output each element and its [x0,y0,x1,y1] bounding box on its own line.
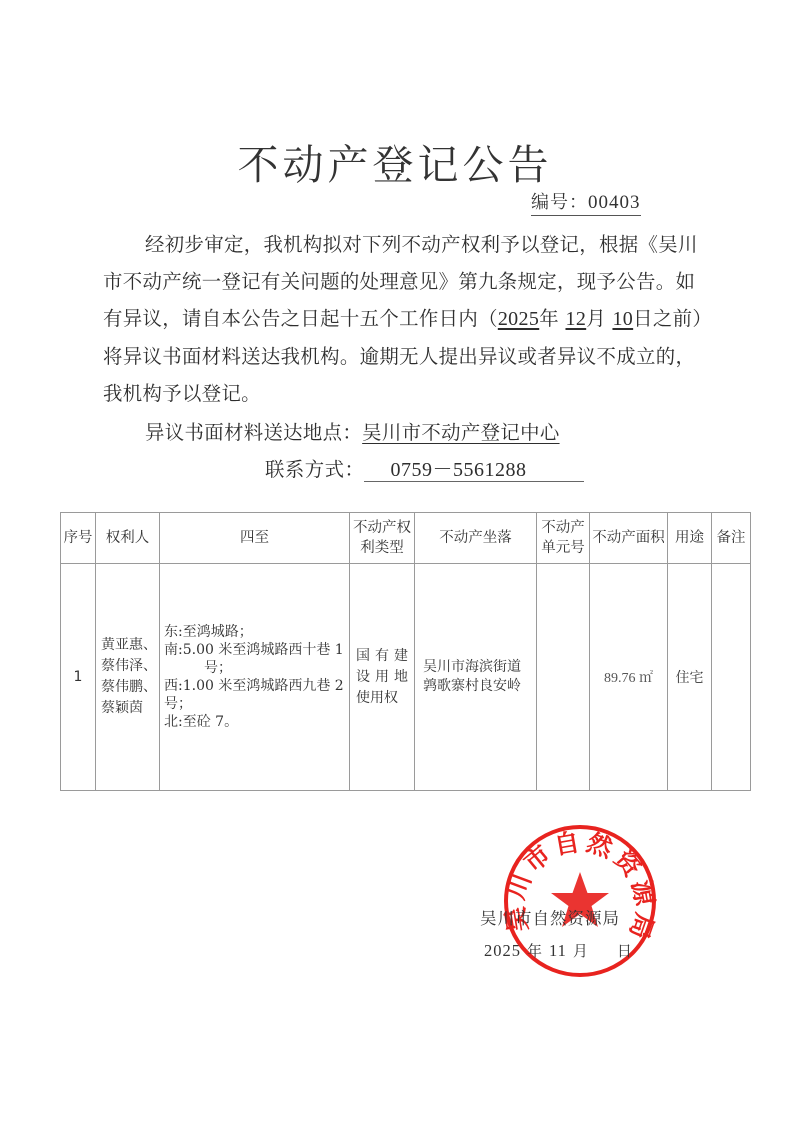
document-number: 编号：00403 [531,188,641,216]
boundary-west: 西:1.00 米至鸿城路西九巷 2 [164,677,349,695]
contact-info: 联系方式：0759－5561288 [265,454,584,482]
header-right-type-line-1: 不动产权 [350,518,414,538]
header-unit-no: 不动产单元号 [537,513,590,564]
cell-unit-no [537,564,590,791]
page-title: 不动产登记公告 [0,132,790,191]
table-row: 1 黄亚惠、 蔡伟泽、 蔡伟鹏、 蔡颖茵 东:至鸿城路； 南:5.00 米至鸿城… [61,564,751,791]
owner-3: 蔡伟鹏、 [101,677,159,698]
cell-boundaries: 东:至鸿城路； 南:5.00 米至鸿城路西十巷 1 号； 西:1.00 米至鸿城… [160,564,350,791]
header-right-type-line-2: 利类型 [350,538,414,558]
header-location: 不动产坐落 [415,513,537,564]
issue-date: 2025年11月日 [484,940,639,961]
document-number-label: 编号： [531,192,588,213]
deadline-month: 12 [565,308,586,330]
location-line-2: 鹑歌寨村良安岭 [423,677,536,696]
contact-phone: 0759－5561288 [364,459,584,482]
cell-owners: 黄亚惠、 蔡伟泽、 蔡伟鹏、 蔡颖茵 [96,564,160,791]
issue-date-day-suffix: 日 [595,942,639,960]
cell-remarks [712,564,751,791]
header-unit-no-line-2: 单元号 [537,538,589,558]
header-use: 用途 [668,513,712,564]
owner-1: 黄亚惠、 [101,635,159,656]
body-line-4: 将异议书面材料送达我机构。逾期无人提出异议或者异议不成立的， [103,338,723,375]
cell-index: 1 [61,564,96,791]
objection-address-label: 异议书面材料送达地点： [145,421,362,444]
cell-area: 89.76 ㎡ [590,564,668,791]
objection-address-value: 吴川市不动产登记中心 [362,421,559,444]
boundary-south: 南:5.00 米至鸿城路西十巷 1 [164,641,349,659]
issue-date-month: 11 [549,941,567,960]
body-line-1: 经初步审定，我机构拟对下列不动产权利予以登记，根据《吴川 [103,226,723,263]
header-boundaries: 四至 [160,513,350,564]
owner-2: 蔡伟泽、 [101,656,159,677]
cell-use: 住宅 [668,564,712,791]
boundary-east: 东:至鸿城路； [164,623,349,641]
notice-body: 经初步审定，我机构拟对下列不动产权利予以登记，根据《吴川 市不动产统一登记有关问… [103,226,723,412]
boundary-south-cont: 号； [164,659,349,677]
issue-date-month-suffix: 月 [567,942,595,960]
body-line-3-prefix: 有异议，请自本公告之日起十五个工作日内（ [103,307,498,330]
deadline-month-suffix: 月 [586,307,606,330]
right-type-line-1: 国有建 [356,646,414,667]
header-unit-no-line-1: 不动产 [537,518,589,538]
issue-date-year: 2025 [484,941,521,960]
issue-date-year-suffix: 年 [521,942,549,960]
boundary-west-cont: 号； [164,695,349,713]
body-line-3: 有异议，请自本公告之日起十五个工作日内（2025年 12月 10日之前） [103,300,723,338]
location-line-1: 吴川市海滨街道 [423,658,536,677]
cell-right-type: 国有建 设用地 使用权 [350,564,415,791]
header-index: 序号 [61,513,96,564]
issuer-name: 吴川市自然资源局 [480,905,620,929]
body-line-2: 市不动产统一登记有关问题的处理意见》第九条规定，现予公告。如 [103,263,723,300]
body-line-3-suffix: 日之前） [633,307,712,330]
objection-address: 异议书面材料送达地点：吴川市不动产登记中心 [145,417,560,445]
boundary-north: 北:至砼 7。 [164,713,349,731]
deadline-year-suffix: 年 [539,307,559,330]
body-line-5: 我机构予以登记。 [103,375,723,412]
header-owner: 权利人 [96,513,160,564]
contact-label: 联系方式： [265,458,364,481]
deadline-day: 10 [612,308,633,330]
table-header-row: 序号 权利人 四至 不动产权利类型 不动产坐落 不动产单元号 不动产面积 用途 … [61,513,751,564]
owner-4: 蔡颖茵 [101,698,159,719]
right-type-line-3: 使用权 [356,688,414,709]
header-area: 不动产面积 [590,513,668,564]
cell-location: 吴川市海滨街道 鹑歌寨村良安岭 [415,564,537,791]
document-number-value: 00403 [588,192,641,213]
right-type-line-2: 设用地 [356,667,414,688]
deadline-year: 2025 [498,308,539,330]
header-right-type: 不动产权利类型 [350,513,415,564]
header-remarks: 备注 [712,513,751,564]
registration-table: 序号 权利人 四至 不动产权利类型 不动产坐落 不动产单元号 不动产面积 用途 … [60,512,751,791]
